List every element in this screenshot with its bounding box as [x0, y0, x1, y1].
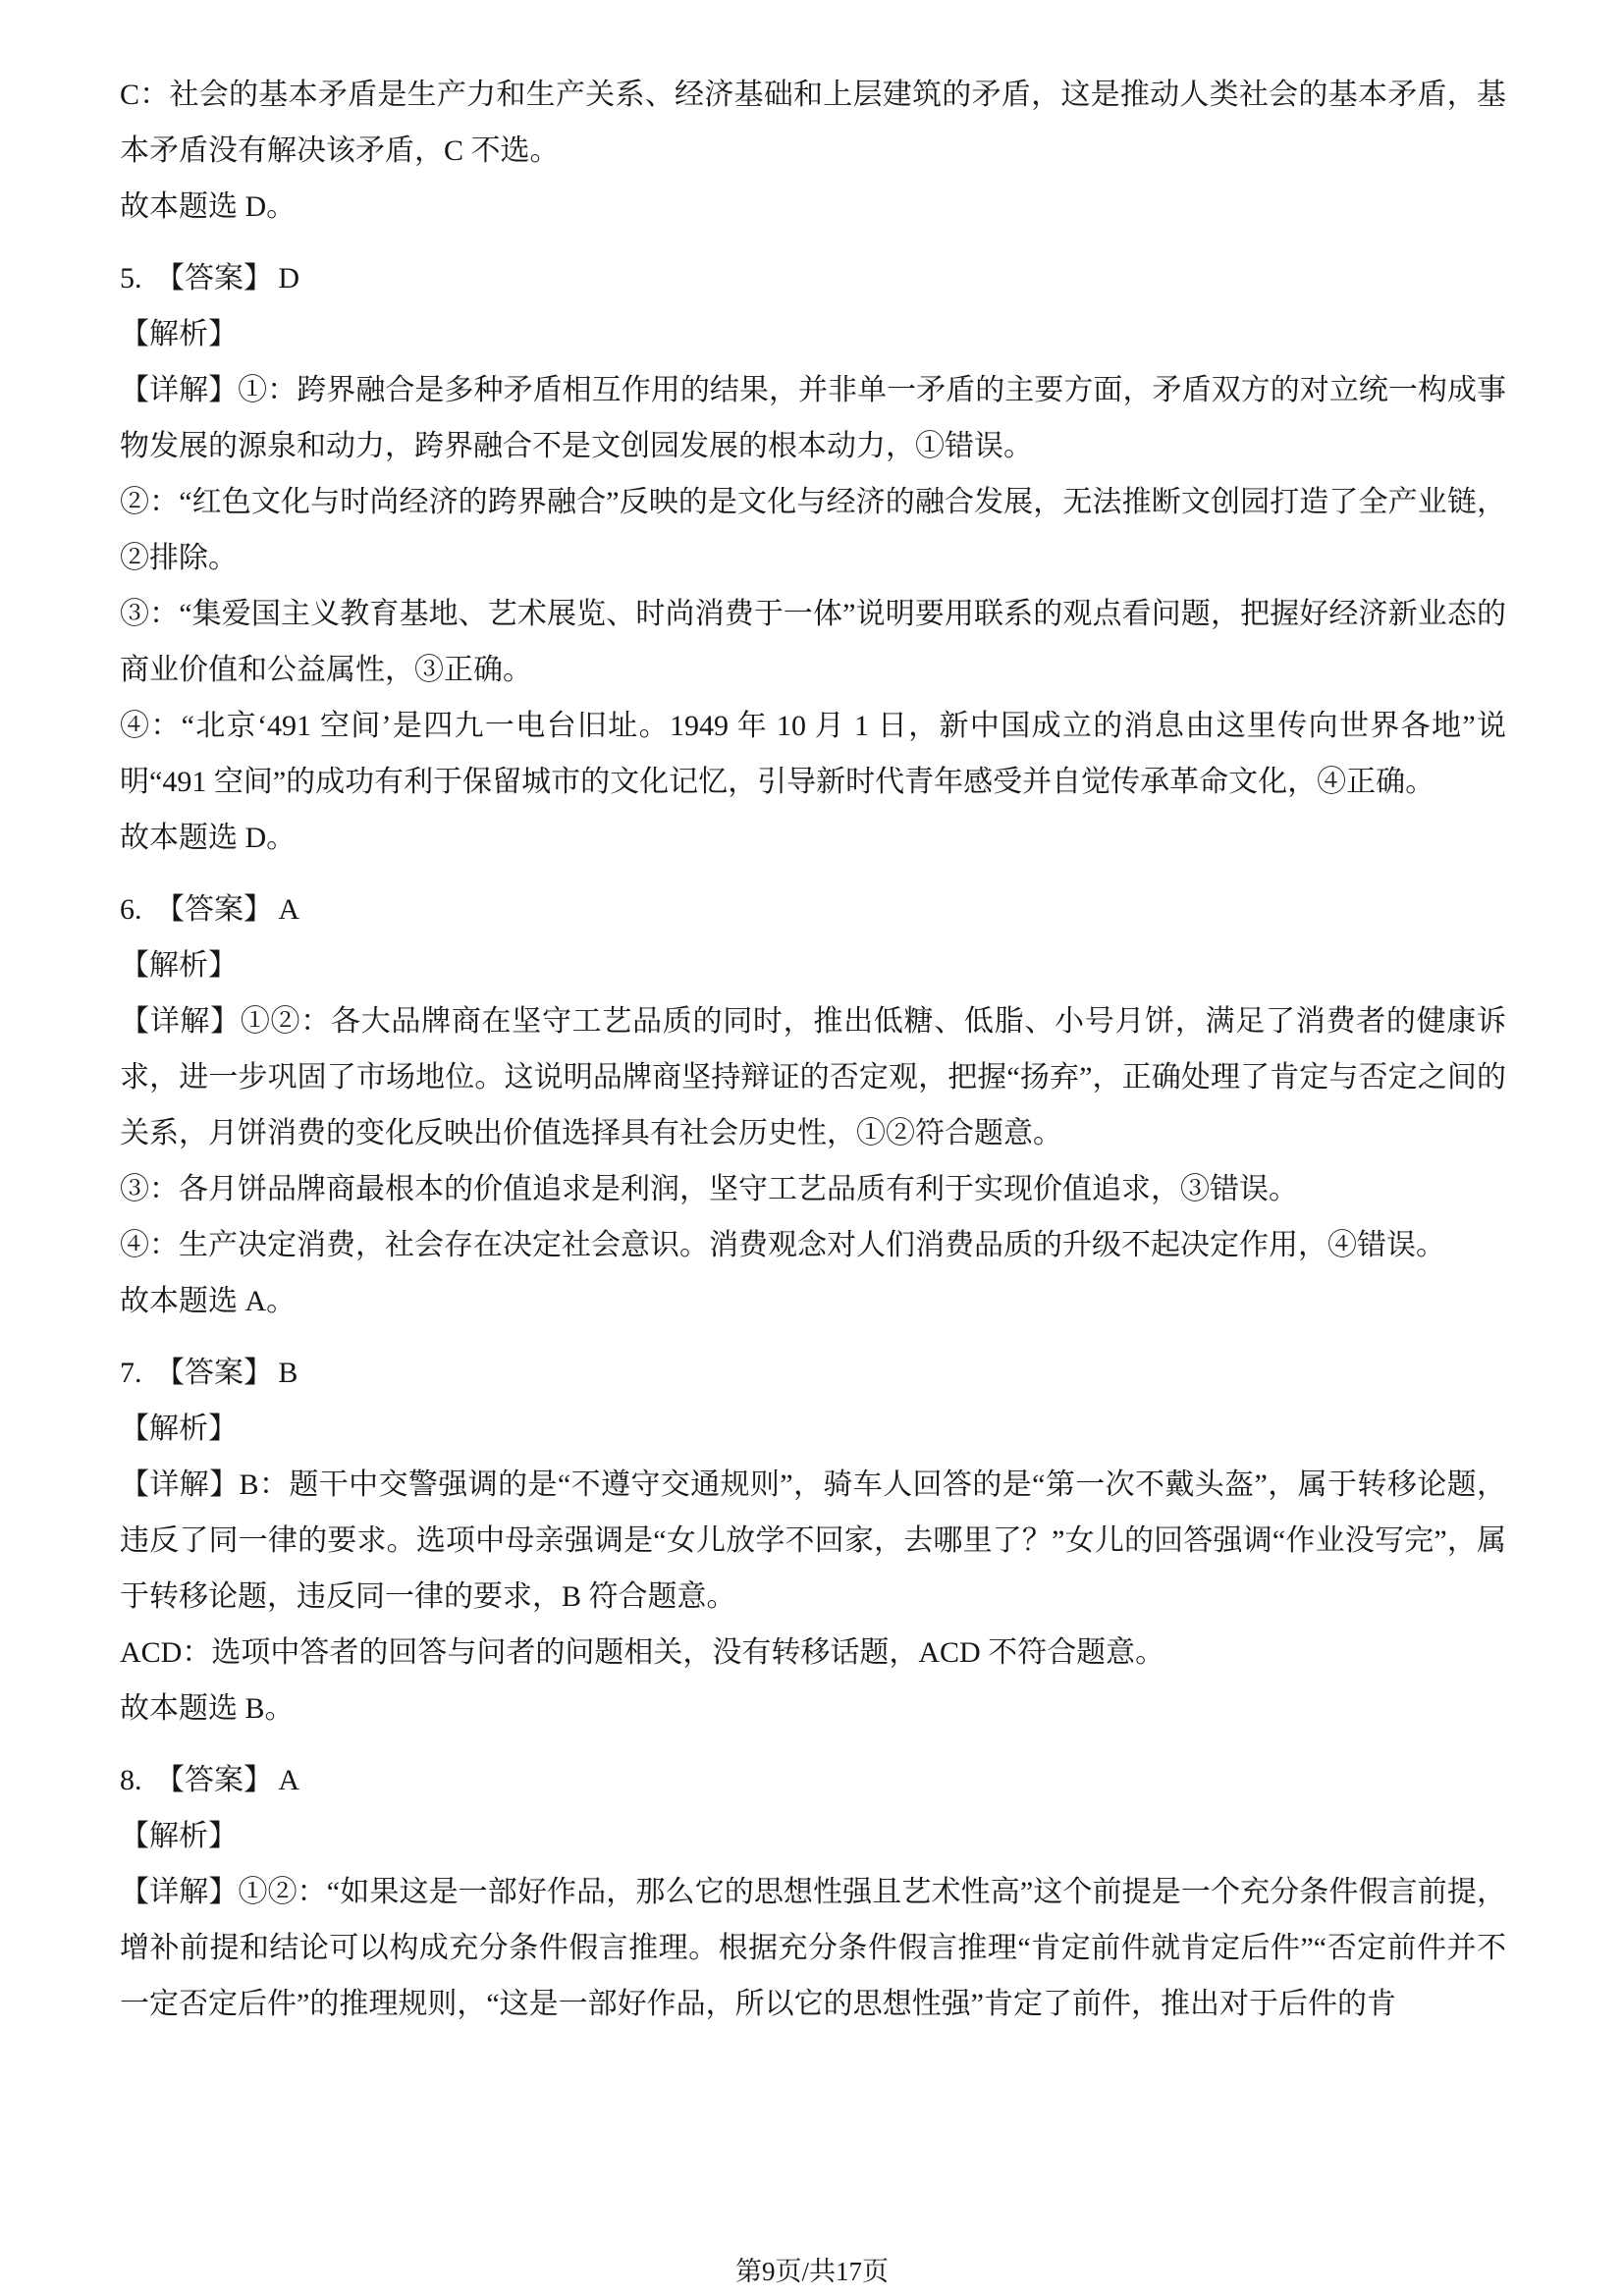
document-page: C：社会的基本矛盾是生产力和生产关系、经济基础和上层建筑的矛盾，这是推动人类社会…: [0, 0, 1624, 2296]
answer-value: B: [278, 1357, 298, 1389]
answer-label: 【答案】: [155, 1357, 273, 1389]
answer-value: D: [278, 262, 299, 294]
explanation-paragraph: ④：生产决定消费，社会存在决定社会意识。消费观念对人们消费品质的升级不起决定作用…: [120, 1217, 1506, 1273]
answer-line: 5.【答案】D: [120, 250, 1506, 306]
answer-line: 8.【答案】A: [120, 1752, 1506, 1808]
answer-label: 【答案】: [155, 262, 273, 294]
explanation-paragraph: ③：各月饼品牌商最根本的价值追求是利润，坚守工艺品质有利于实现价值追求，③错误。: [120, 1161, 1506, 1217]
page-footer: 第9页/共17页: [0, 2255, 1624, 2288]
question-number: 7.: [120, 1357, 142, 1389]
answer-line: 7.【答案】B: [120, 1345, 1506, 1401]
explanation-paragraph: 【详解】B：题干中交警强调的是“不遵守交通规则”，骑车人回答的是“第一次不戴头盔…: [120, 1457, 1506, 1625]
explanation-paragraph: 【详解】①：跨界融合是多种矛盾相互作用的结果，并非单一矛盾的主要方面，矛盾双方的…: [120, 362, 1506, 474]
answer-label: 【答案】: [155, 1764, 273, 1796]
explanation-paragraph: ACD：选项中答者的回答与问者的问题相关，没有转移话题，ACD 不符合题意。: [120, 1625, 1506, 1681]
analysis-label: 【解析】: [120, 306, 1506, 362]
conclusion-line: 故本题选 B。: [120, 1681, 1506, 1736]
answer-value: A: [278, 893, 299, 926]
explanation-paragraph: ②：“红色文化与时尚经济的跨界融合”反映的是文化与经济的融合发展，无法推断文创园…: [120, 474, 1506, 586]
conclusion-line: 故本题选 D。: [120, 179, 1506, 235]
question-6: 6.【答案】A 【解析】 【详解】①②：各大品牌商在坚守工艺品质的同时，推出低糖…: [120, 881, 1506, 1329]
analysis-label: 【解析】: [120, 1401, 1506, 1457]
continuation-section: C：社会的基本矛盾是生产力和生产关系、经济基础和上层建筑的矛盾，这是推动人类社会…: [120, 67, 1506, 235]
page-content: C：社会的基本矛盾是生产力和生产关系、经济基础和上层建筑的矛盾，这是推动人类社会…: [120, 67, 1506, 2032]
explanation-paragraph: ④：“北京‘491 空间’是四九一电台旧址。1949 年 10 月 1 日，新中…: [120, 698, 1506, 810]
answer-label: 【答案】: [155, 893, 273, 926]
explanation-paragraph: ③：“集爱国主义教育基地、艺术展览、时尚消费于一体”说明要用联系的观点看问题，把…: [120, 586, 1506, 698]
conclusion-line: 故本题选 D。: [120, 810, 1506, 866]
explanation-paragraph: 【详解】①②：“如果这是一部好作品，那么它的思想性强且艺术性高”这个前提是一个充…: [120, 1864, 1506, 2032]
analysis-label: 【解析】: [120, 937, 1506, 993]
analysis-label: 【解析】: [120, 1808, 1506, 1864]
explanation-paragraph: 【详解】①②：各大品牌商在坚守工艺品质的同时，推出低糖、低脂、小号月饼，满足了消…: [120, 993, 1506, 1161]
continuation-paragraph: C：社会的基本矛盾是生产力和生产关系、经济基础和上层建筑的矛盾，这是推动人类社会…: [120, 67, 1506, 179]
conclusion-line: 故本题选 A。: [120, 1273, 1506, 1329]
question-number: 8.: [120, 1764, 142, 1796]
question-8: 8.【答案】A 【解析】 【详解】①②：“如果这是一部好作品，那么它的思想性强且…: [120, 1752, 1506, 2032]
answer-value: A: [278, 1764, 299, 1796]
answer-line: 6.【答案】A: [120, 881, 1506, 937]
question-number: 5.: [120, 262, 142, 294]
question-7: 7.【答案】B 【解析】 【详解】B：题干中交警强调的是“不遵守交通规则”，骑车…: [120, 1345, 1506, 1736]
question-5: 5.【答案】D 【解析】 【详解】①：跨界融合是多种矛盾相互作用的结果，并非单一…: [120, 250, 1506, 866]
question-number: 6.: [120, 893, 142, 926]
